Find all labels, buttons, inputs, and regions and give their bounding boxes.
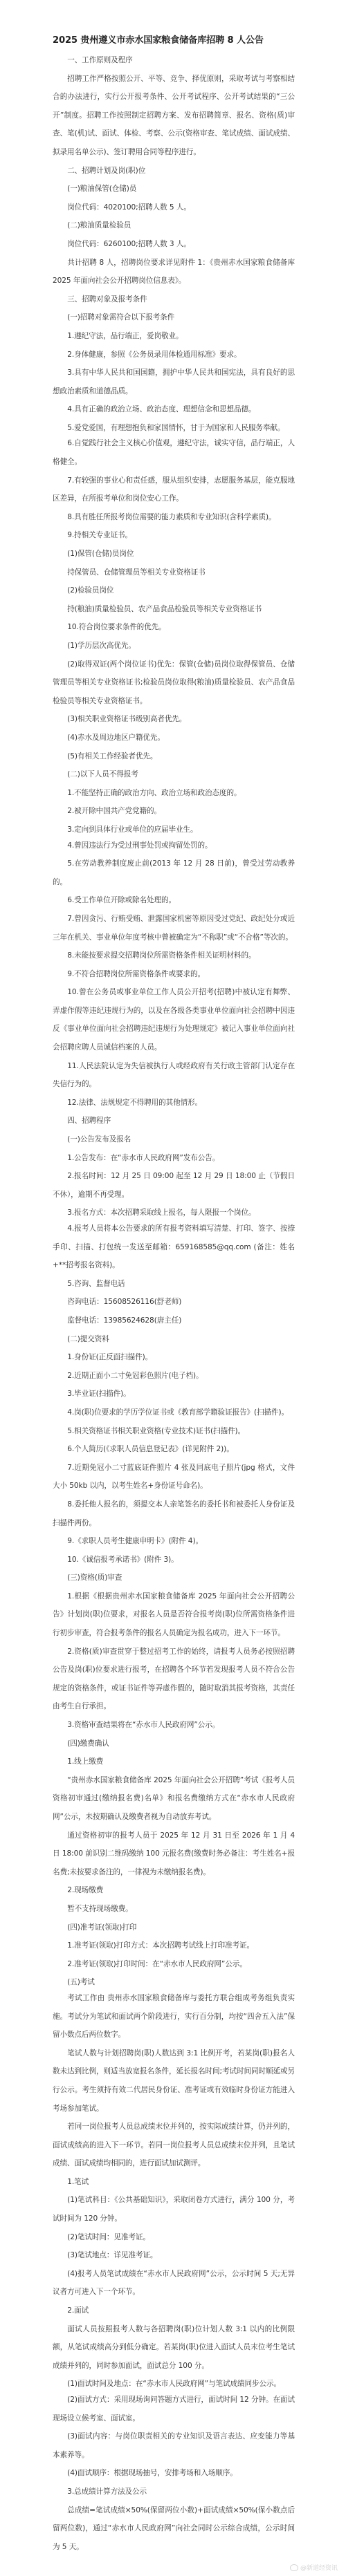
- paragraph: 10.曾在公务员或事业单位工作人员公开招考(招聘)中被认定有舞弊、弄虚作假等违纪…: [53, 983, 295, 1056]
- paragraph: 通过资格初审的报考人员于 2025 年 12 月 31 日至 2026 年 1 …: [53, 1827, 295, 1882]
- paragraph: 8.未能按要求提交招聘岗位所需资格条件相关证明材料的。: [53, 946, 295, 965]
- paragraph: 若同一岗位报考人员总成绩末位并列的，按实际成绩计算，仍并列的，面试成绩高的进入下…: [53, 2118, 295, 2173]
- paragraph: 岗位代码：6260100;招聘人数 3 人。: [53, 235, 295, 254]
- paragraph: 2.准考证(领取)打印时间：在“赤水市人民政府网”公示。: [53, 1955, 295, 1974]
- announcement-document: 2025 贵州遵义市赤水国家粮食储备库招聘 8 人公告 一、工作原则及程序招聘工…: [53, 33, 295, 2556]
- weibo-icon: [290, 2564, 298, 2571]
- paragraph: 共计招聘 8 人，招聘岗位要求详见附件 1：《贵州赤水国家粮食储备库 2025 …: [53, 254, 295, 290]
- paragraph: 2.现场缴费: [53, 1881, 295, 1900]
- paragraph: 4.具有正确的政治立场、政治态度、理想信念和思想品德。: [53, 400, 295, 419]
- paragraph: (3)面试内容：与岗位职责相关的专业知识及语言表达、应变能力等基本素养等。: [53, 2427, 295, 2464]
- paragraph: 10.《诚信报考承诺书》(附件 3)。: [53, 1551, 295, 1569]
- paragraph: (二)以下人员不得报考: [53, 765, 295, 784]
- paragraph: (二)粮油质量检验员: [53, 216, 295, 235]
- paragraph: 5.在劳动教养制度废止前(2013 年 12 月 28 日前)，曾受过劳动教养的…: [53, 855, 295, 891]
- paragraph: (四)缴费确认: [53, 1735, 295, 1753]
- paragraph: (1)学历层次高优先。: [53, 637, 295, 655]
- paragraph: (4)报考人员笔试成绩在“赤水市人民政府网”公示，公示时间 5 天;无异议者方可…: [53, 2265, 295, 2302]
- paragraph: (一)招聘对象需符合以下报考条件: [53, 308, 295, 327]
- paragraph: 2.面试: [53, 2302, 295, 2320]
- paragraph: (4)面试顺序：根据现场抽号，安排考场和入场顺序。: [53, 2464, 295, 2483]
- paragraph: (2)取得双证(两个岗位证书)优先：保管(仓储)员岗位取得保管员、仓储管理员等相…: [53, 655, 295, 711]
- paragraph: 2.资格(质)审查贯穿于整过招考工作的始终，请报考人员务必按照招聘公告及岗(职)…: [53, 1643, 295, 1716]
- paragraph: 7.有较强的事业心和责任感，服从组织安排，志愿服务基层，能克服地区差异，在所报考…: [53, 472, 295, 508]
- paragraph: 2.身体健康，参照《公务员录用体检通用标准》要求。: [53, 346, 295, 364]
- paragraph: 招聘工作严格按照公开、平等、竞争、择优原则，采取考试与考察相结合的办法进行，实行…: [53, 70, 295, 162]
- paragraph: 总成绩=笔试成绩×50%(保留两位小数)+面试成绩×50%(保小数点后留两位数)…: [53, 2501, 295, 2557]
- paragraph: (2)笔试时间：见准考证。: [53, 2228, 295, 2247]
- paragraph: 8.委托他人报名的，须提交本人亲笔签名的委托书和被委托人身份证及扫描件两份。: [53, 1495, 295, 1532]
- paragraph: 考试工作由 贵州赤水国家粮食储备库与委托方联合组成考务组负责实施。考试分为笔试和…: [53, 1989, 295, 2044]
- paragraph: 6.自觉践行社会主义核心价值观，遵纪守法，诚实守信，品行端正，人格健全。: [53, 434, 295, 471]
- paragraph: (3)相关职业资格证书级别高者优先。: [53, 710, 295, 729]
- paragraph: (1)笔试科目：《公共基础知识》，采取闭卷方式进行，满分 100 分，考试时间为…: [53, 2191, 295, 2228]
- paragraph: 一、工作原则及程序: [53, 51, 295, 70]
- paragraph: 2.报名时间：12 月 25 日 09:00 起至 12 月 29 日 18:0…: [53, 1167, 295, 1204]
- paragraph: 10.符合岗位要求条件的优先。: [53, 618, 295, 637]
- paragraph: 8.具有胜任所报考岗位需要的能力素质和专业知识(含科学素质)。: [53, 508, 295, 527]
- paragraph: 持(粮油)质量检验员、农产品食品检验员等相关专业资格证书: [53, 600, 295, 619]
- paragraph: 5.咨询、监督电话: [53, 1275, 295, 1294]
- paragraph: (2)面试方式：采用现场询问答题方式进行，面试时间 12 分钟。在面试现场设立候…: [53, 2391, 295, 2427]
- paragraph: 1.遵纪守法，品行端正，爱岗敬业。: [53, 327, 295, 346]
- paragraph: (一)粮油保管(仓储)员: [53, 180, 295, 198]
- paragraph: 2.被开除中国共产党党籍的。: [53, 802, 295, 821]
- paragraph: 面试人员按照报考人数与各招聘岗(职)位计划人数 3:1 以内的比例限额，从笔试成…: [53, 2320, 295, 2376]
- watermark: @新道经资讯: [290, 2563, 338, 2572]
- paragraph: 岗位代码：4020100;招聘人数 5 人。: [53, 198, 295, 217]
- paragraph: 6.个人简历(《求职人员信息登记表》(详见附件 2))。: [53, 1440, 295, 1459]
- paragraph: 咨询电话：15608526116(舒老师): [53, 1293, 295, 1312]
- paragraph: 1.根据《根据贵州赤水国家粮食储备库 2025 年面向社会公开招聘公告》计划岗(…: [53, 1587, 295, 1643]
- paragraph: 4.报考人员将本公告要求的所有报考资料填写清楚、打印、签字、按捺手印、扫描、打包…: [53, 1220, 295, 1275]
- paragraph: 4.岗(职)位要求的学历学位证书或《教育部学籍验证报告》(扫描件)。: [53, 1403, 295, 1422]
- paragraph: (四)准考证(领取)打印: [53, 1919, 295, 1937]
- paragraph: 9.不符合招聘岗位所需资格条件或要求的。: [53, 965, 295, 984]
- paragraph: 11.人民法院认定为失信被执行人或经政府有关行政主管部门认定存在失信行为的。: [53, 1057, 295, 1094]
- paragraph: (三)资格(质)审查: [53, 1569, 295, 1587]
- watermark-text: @新道经资讯: [300, 2563, 338, 2572]
- paragraph: (2)检验员岗位: [53, 581, 295, 600]
- paragraph: 5.相关资格证书相关职业资格(专业技术)证书(扫描件)。: [53, 1422, 295, 1441]
- paragraph: (一)公告发布及报名: [53, 1130, 295, 1149]
- paragraph: 9.持相关专业证书。: [53, 526, 295, 545]
- paragraph: 1.身份证(正反面扫描件)。: [53, 1348, 295, 1367]
- paragraph: (1)保管(仓储)员岗位: [53, 545, 295, 563]
- paragraph: (3)笔试地点：详见准考证。: [53, 2246, 295, 2265]
- paragraph: 1.准考证(领取)打印方式：本次招聘考试线上打印准考证。: [53, 1936, 295, 1955]
- paragraph: 12.法律、法规规定不得聘用的其他情形。: [53, 1094, 295, 1112]
- paragraph: 四、招聘程序: [53, 1112, 295, 1130]
- paragraph: (5)有相关工作经验者优先。: [53, 747, 295, 766]
- paragraph: 3.总成绩计算方法及公示: [53, 2483, 295, 2501]
- paragraph: 三、招聘对象及报考条件: [53, 290, 295, 309]
- paragraph: 监督电话：13985624628(唐主任): [53, 1312, 295, 1330]
- paragraph: 3.具有中华人民共和国国籍，拥护中华人民共和国宪法，具有良好的思想政治素质和道德…: [53, 364, 295, 400]
- paragraph: 持保管员、仓储管理员等相关专业资格证书: [53, 563, 295, 582]
- paragraph: 6.受工作单位开除或除名处理的。: [53, 891, 295, 910]
- paragraph: 2.近期正面小二寸免冠彩色照片(电子档)。: [53, 1367, 295, 1385]
- document-title: 2025 贵州遵义市赤水国家粮食储备库招聘 8 人公告: [53, 33, 295, 48]
- paragraph: (二)提交资料: [53, 1330, 295, 1349]
- paragraph: 3.毕业证(扫描件)。: [53, 1385, 295, 1403]
- paragraph: 暂不支持现场缴费。: [53, 1900, 295, 1919]
- paragraph: 4.曾因违法行为受过刑事处罚或拘留处罚的。: [53, 837, 295, 855]
- paragraph: “贵州赤水国家粮食储备库 2025 年面向社会公开招聘”考试《报考人员资格初审通…: [53, 1771, 295, 1827]
- paragraph: 二、招聘计划及岗(职)位: [53, 162, 295, 180]
- paragraph: (4)赤水及周边地区户籍优先。: [53, 729, 295, 747]
- document-body: 一、工作原则及程序招聘工作严格按照公开、平等、竞争、择优原则，采取考试与考察相结…: [53, 51, 295, 2556]
- paragraph: 7.近期免冠小二寸蓝底证件照片 4 张及同底电子照片(jpg 格式，文件大小 5…: [53, 1459, 295, 1495]
- paragraph: 1.公告发布：在“赤水市人民政府网”发布公告。: [53, 1149, 295, 1168]
- paragraph: 9.《求职人员考生健康申明卡》(附件 4)。: [53, 1532, 295, 1551]
- paragraph: 1.线上缴费: [53, 1753, 295, 1771]
- paragraph: 7.曾因贪污、行贿受贿、泄露国家机密等原因受过党纪、政纪处分或近三年在机关、事业…: [53, 910, 295, 946]
- paragraph: 3.资格审查结果将在“赤水市人民政府网”公示。: [53, 1716, 295, 1735]
- paragraph: 1.不能坚持正确的政治方向、政治立场和政治态度的。: [53, 784, 295, 803]
- paragraph: 1.笔试: [53, 2173, 295, 2192]
- paragraph: 笔试人数与计划招聘岗(职)人数达到 3:1 比例开考，若某岗(职)报名人数未达到…: [53, 2044, 295, 2118]
